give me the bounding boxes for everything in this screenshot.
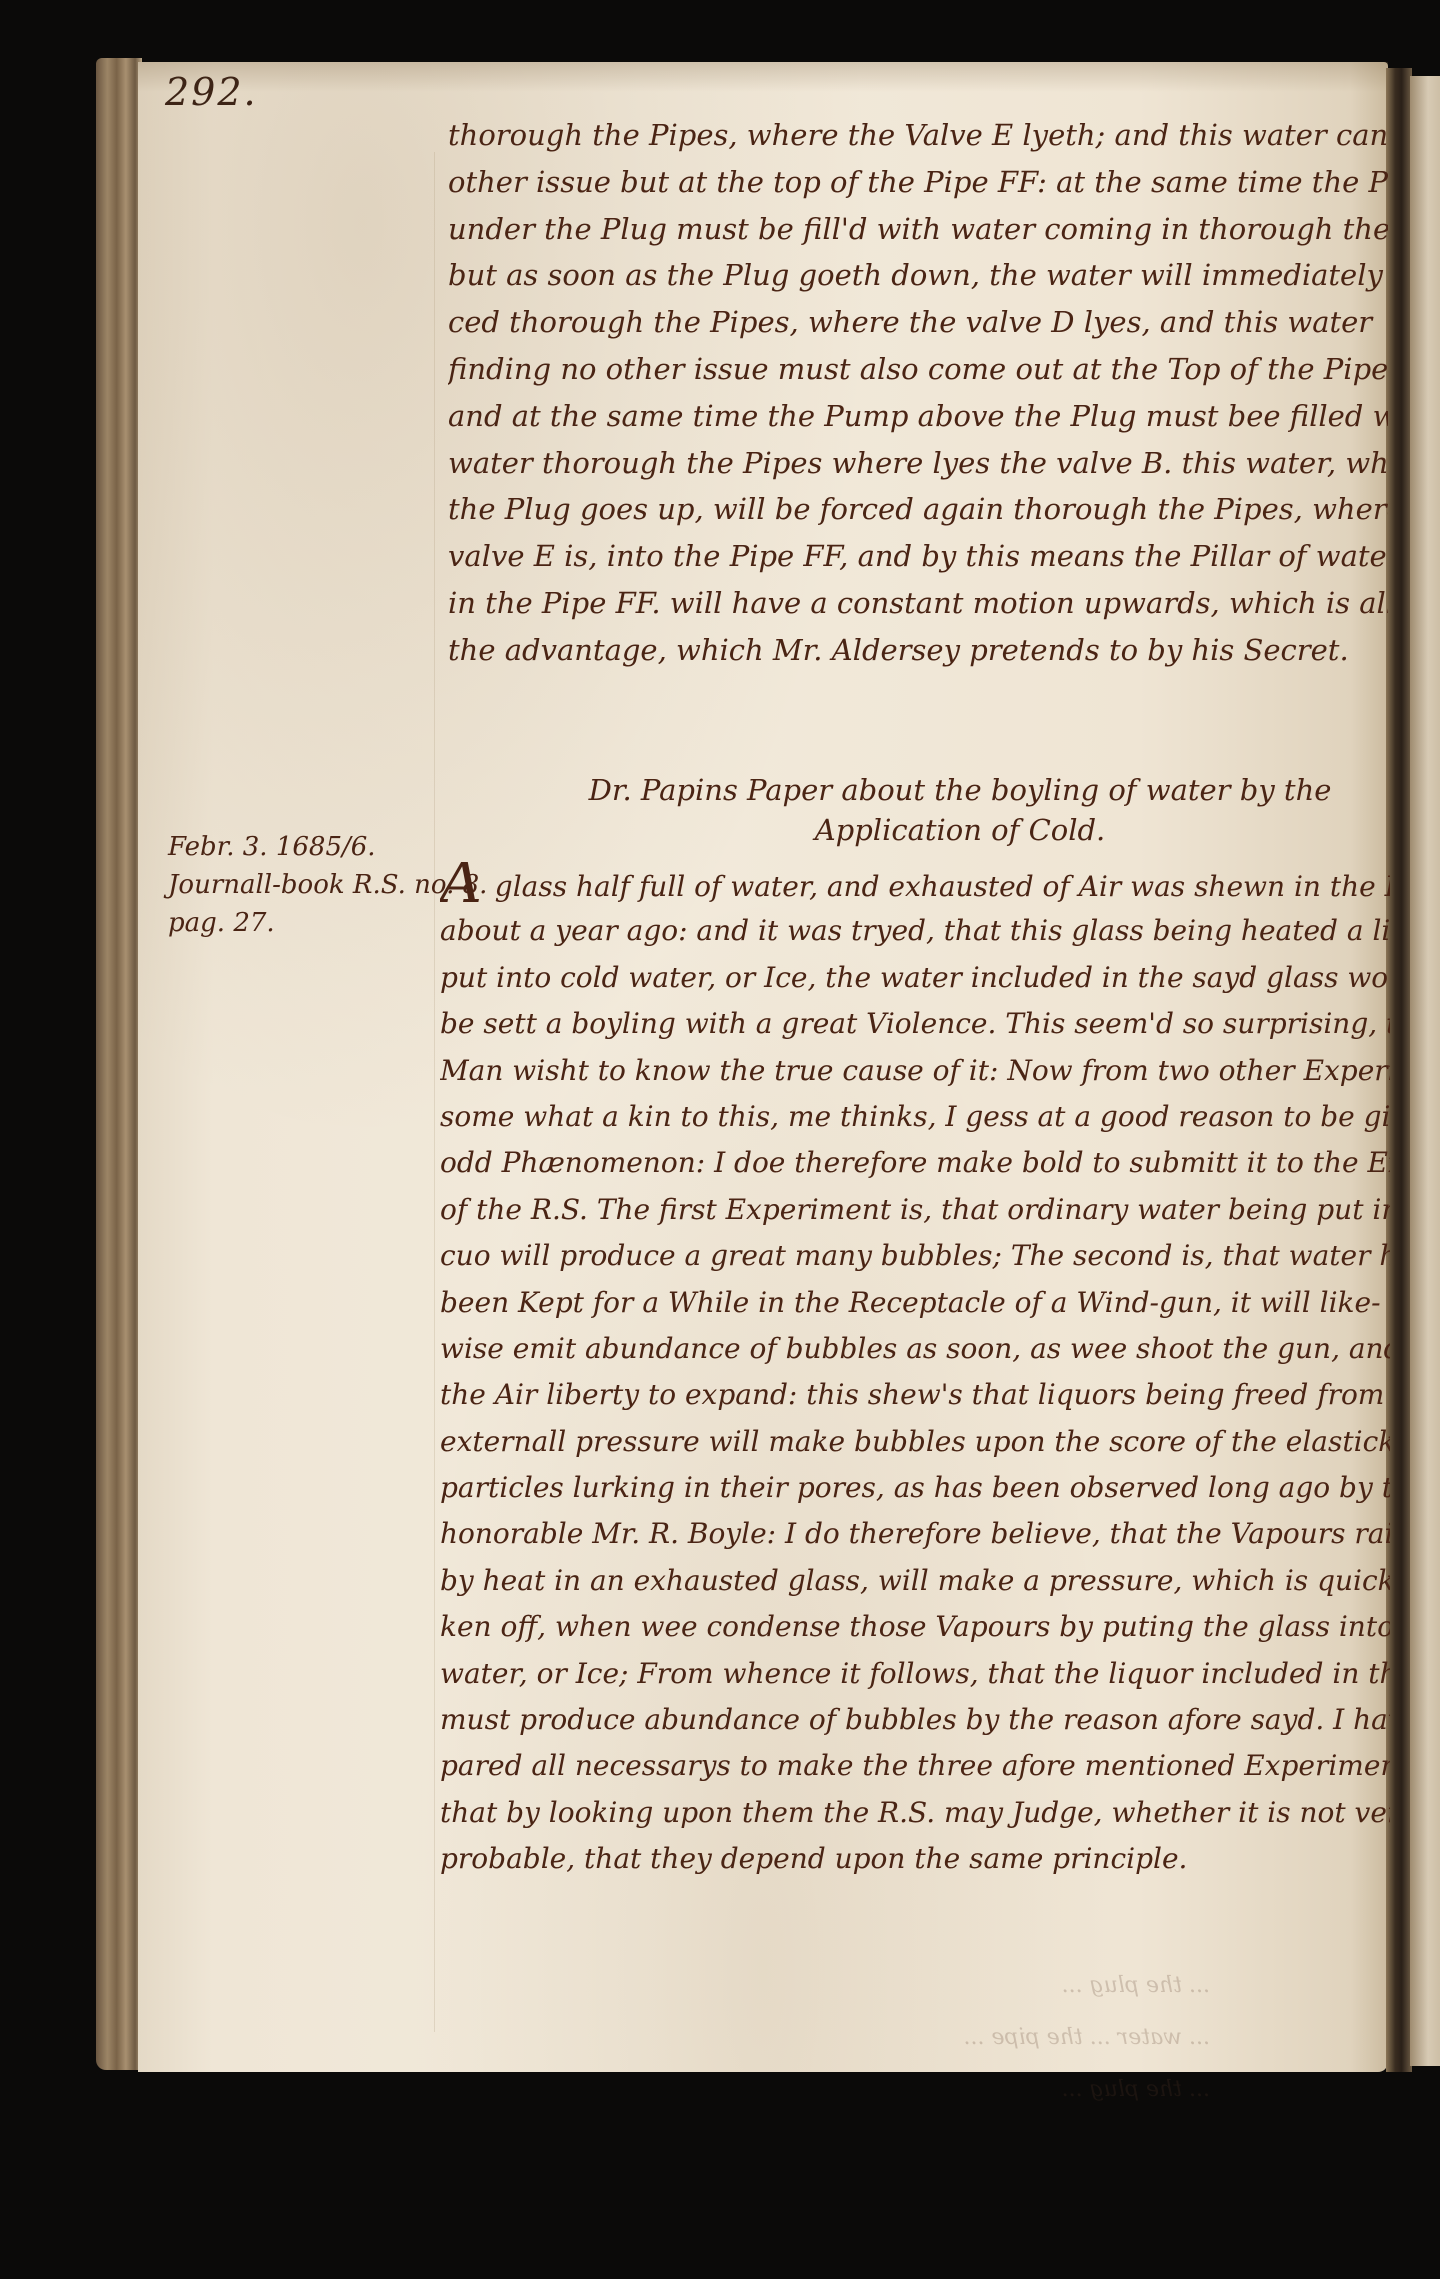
text-line: cuo will produce a great many bubbles; T…: [440, 1233, 1390, 1279]
text-line: particles lurking in their pores, as has…: [440, 1465, 1390, 1511]
text-line: the advantage, which Mr. Aldersey preten…: [448, 627, 1388, 674]
text-line: that by looking upon them the R.S. may J…: [440, 1790, 1390, 1836]
text-line: honorable Mr. R. Boyle: I do therefore b…: [440, 1511, 1390, 1557]
text-line: valve E is, into the Pipe FF, and by thi…: [448, 533, 1388, 580]
text-line: water thorough the Pipes where lyes the …: [448, 440, 1388, 487]
text-line: other issue but at the top of the Pipe F…: [448, 159, 1388, 206]
heading-line: Application of Cold.: [560, 810, 1360, 850]
text-line: the Air liberty to expand: this shew's t…: [440, 1372, 1390, 1418]
text-line: must produce abundance of bubbles by the…: [440, 1697, 1390, 1743]
paper-body-text: A glass half full of water, and exhauste…: [440, 862, 1390, 1883]
manuscript-photo: 292. Febr. 3. 1685/6. Journall-book R.S.…: [0, 0, 1440, 2279]
text-line: by heat in an exhausted glass, will make…: [440, 1558, 1390, 1604]
ink-bleed-through: ... the plug ... ... water ... the pipe …: [590, 1960, 1210, 2116]
text-line: wise emit abundance of bubbles as soon, …: [440, 1326, 1390, 1372]
margin-rule-line: [434, 152, 435, 2032]
text-line: water, or Ice; From whence it follows, t…: [440, 1651, 1390, 1697]
margin-note: Febr. 3. 1685/6. Journall-book R.S. no. …: [168, 828, 428, 942]
text-line: but as soon as the Plug goeth down, the …: [448, 252, 1388, 299]
text-line: be sett a boyling with a great Violence.…: [440, 1001, 1390, 1047]
facing-page-edge: [1410, 76, 1440, 2066]
page-edge-stack: [96, 58, 142, 2070]
text-line: ken off, when wee condense those Vapours…: [440, 1604, 1390, 1650]
text-line: thorough the Pipes, where the Valve E ly…: [448, 112, 1388, 159]
text-line: under the Plug must be fill'd with water…: [448, 206, 1388, 253]
text-line: finding no other issue must also come ou…: [448, 346, 1388, 393]
text-line: about a year ago: and it was tryed, that…: [440, 908, 1390, 954]
section-heading: Dr. Papins Paper about the boyling of wa…: [560, 770, 1360, 850]
heading-line: Dr. Papins Paper about the boyling of wa…: [560, 770, 1360, 810]
main-text-top: thorough the Pipes, where the Valve E ly…: [448, 112, 1388, 674]
text-line: externall pressure will make bubbles upo…: [440, 1419, 1390, 1465]
text-line: probable, that they depend upon the same…: [440, 1836, 1390, 1882]
text-line: been Kept for a While in the Receptacle …: [440, 1280, 1390, 1326]
text-line: put into cold water, or Ice, the water i…: [440, 955, 1390, 1001]
margin-note-page: pag. 27.: [168, 904, 428, 942]
page-number: 292.: [165, 70, 258, 114]
margin-note-date: Febr. 3. 1685/6.: [168, 828, 428, 866]
text-line: of the R.S. The first Experiment is, tha…: [440, 1187, 1390, 1233]
text-line: A glass half full of water, and exhauste…: [440, 862, 1390, 908]
text-line: odd Phænomenon: I doe therefore make bol…: [440, 1140, 1390, 1186]
text-line: Man wisht to know the true cause of it: …: [440, 1048, 1390, 1094]
text-line: some what a kin to this, me thinks, I ge…: [440, 1094, 1390, 1140]
text-line: pared all necessarys to make the three a…: [440, 1743, 1390, 1789]
text-line: the Plug goes up, will be forced again t…: [448, 486, 1388, 533]
drop-cap: A: [440, 862, 482, 908]
text-line: in the Pipe FF. will have a constant mot…: [448, 580, 1388, 627]
margin-note-journal: Journall-book R.S. no. 8.: [168, 866, 428, 904]
text-line: ced thorough the Pipes, where the valve …: [448, 299, 1388, 346]
text-line: and at the same time the Pump above the …: [448, 393, 1388, 440]
